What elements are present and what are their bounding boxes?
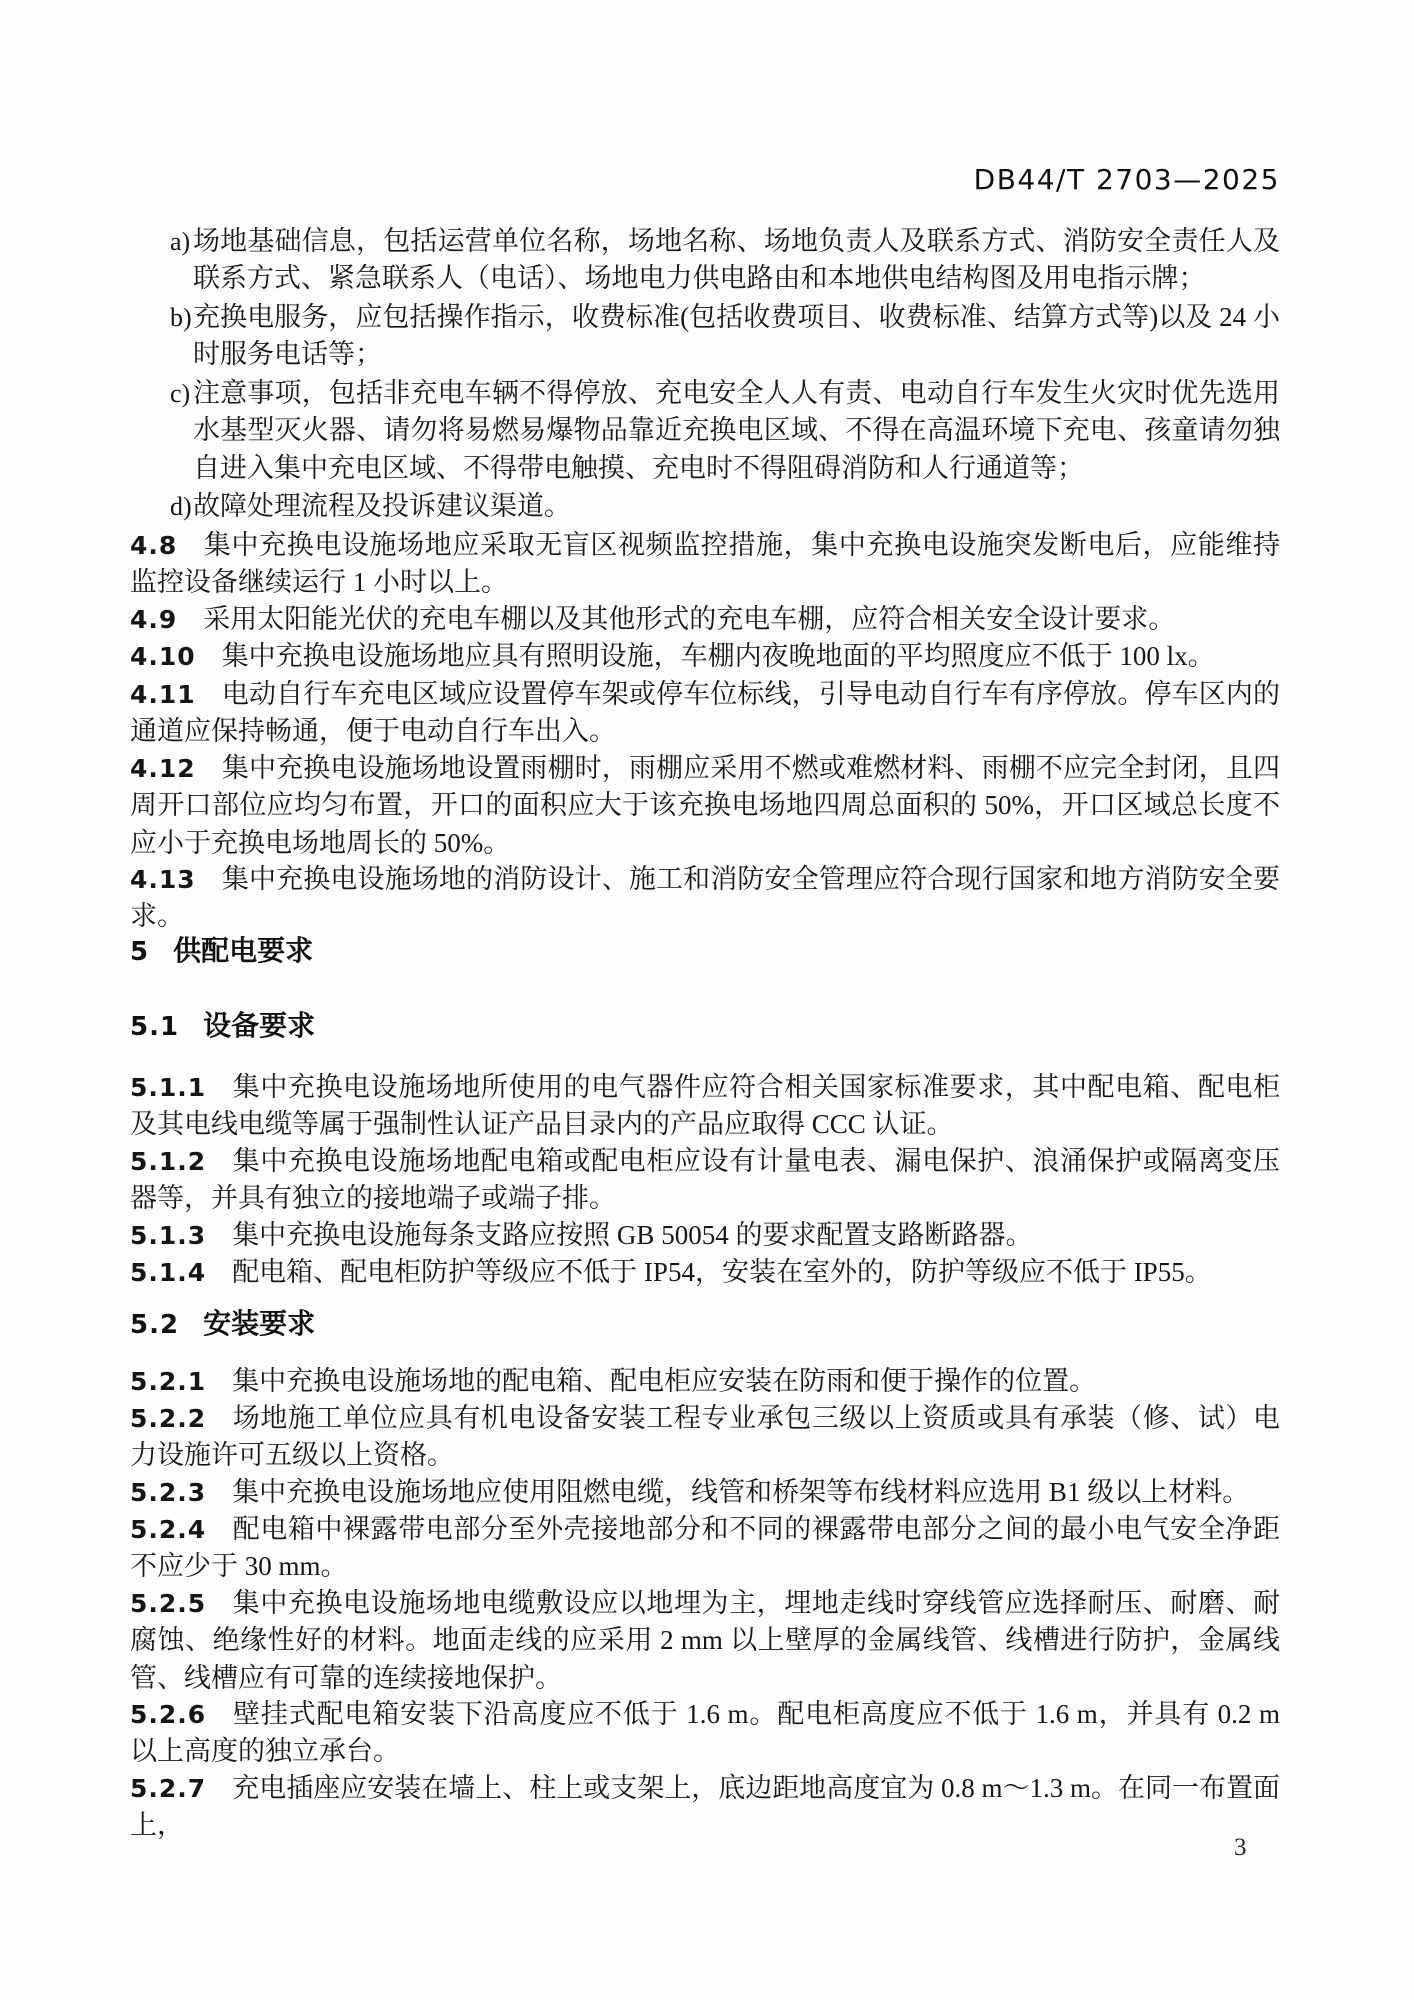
document-page: DB44/T 2703—2025 a) 场地基础信息，包括运营单位名称，场地名称… (0, 0, 1414, 2000)
clause-text: 集中充换电设施场地的配电箱、配电柜应安装在防雨和便于操作的位置。 (232, 1366, 1096, 1396)
clause-number: 5.2.2 (130, 1404, 206, 1433)
clause-5-2-3: 5.2.3集中充换电设施场地应使用阻燃电缆，线管和桥架等布线材料应选用 B1 级… (130, 1474, 1280, 1511)
clause-5-2-7: 5.2.7充电插座应安装在墙上、柱上或支架上，底边距地高度宜为 0.8 m～1.… (130, 1770, 1280, 1845)
list-label: c) (170, 375, 190, 412)
clause-number: 4.13 (130, 865, 196, 894)
clause-5-1-4: 5.1.4配电箱、配电柜防护等级应不低于 IP54，安装在室外的，防护等级应不低… (130, 1254, 1280, 1291)
list-text: 场地基础信息，包括运营单位名称，场地名称、场地负责人及联系方式、消防安全责任人及… (193, 226, 1280, 293)
list-label: a) (170, 223, 190, 260)
document-code-header: DB44/T 2703—2025 (974, 163, 1280, 196)
clause-text: 集中充换电设施场地的消防设计、施工和消防安全管理应符合现行国家和地方消防安全要求… (130, 864, 1280, 931)
clause-number: 4.10 (130, 642, 196, 671)
list-text: 注意事项，包括非充电车辆不得停放、充电安全人人有责、电动自行车发生火灾时优先选用… (193, 378, 1280, 483)
section-title: 安装要求 (203, 1307, 315, 1340)
clause-5-2-6: 5.2.6壁挂式配电箱安装下沿高度应不低于 1.6 m。配电柜高度应不低于 1.… (130, 1696, 1280, 1771)
clause-number: 4.11 (130, 680, 196, 709)
clause-number: 5.2.5 (130, 1589, 206, 1618)
clause-number: 4.9 (130, 605, 177, 634)
clause-number: 5.2.4 (130, 1515, 206, 1544)
clause-4-11: 4.11电动自行车充电区域应设置停车架或停车位标线，引导电动自行车有序停放。停车… (130, 676, 1280, 751)
clause-number: 4.8 (130, 531, 177, 560)
clause-text: 充电插座应安装在墙上、柱上或支架上，底边距地高度宜为 0.8 m～1.3 m。在… (130, 1773, 1280, 1840)
clause-text: 场地施工单位应具有机电设备安装工程专业承包三级以上资质或具有承装（修、试）电力设… (130, 1403, 1280, 1470)
clause-text: 集中充换电设施场地配电箱或配电柜应设有计量电表、漏电保护、浪涌保护或隔离变压器等… (130, 1146, 1280, 1213)
clause-number: 5.2.3 (130, 1478, 206, 1507)
clause-5-1-2: 5.1.2集中充换电设施场地配电箱或配电柜应设有计量电表、漏电保护、浪涌保护或隔… (130, 1143, 1280, 1218)
clause-text: 集中充换电设施场地电缆敷设应以地埋为主，埋地走线时穿线管应选择耐压、耐磨、耐腐蚀… (130, 1588, 1280, 1693)
clause-number: 5.1.4 (130, 1258, 206, 1287)
clause-number: 5.2.1 (130, 1367, 206, 1396)
clause-text: 配电箱、配电柜防护等级应不低于 IP54，安装在室外的，防护等级应不低于 IP5… (232, 1257, 1212, 1287)
clause-number: 5.2.7 (130, 1774, 206, 1803)
section-5-1-heading: 5.1设备要求 (130, 1007, 1280, 1046)
clause-text: 集中充换电设施场地所使用的电气器件应符合相关国家标准要求，其中配电箱、配电柜及其… (130, 1072, 1280, 1139)
clause-number: 5.2.6 (130, 1700, 206, 1729)
section-number: 5 (130, 937, 149, 967)
list-text: 充换电服务，应包括操作指示，收费标准(包括收费项目、收费标准、结算方式等)以及 … (193, 302, 1280, 369)
clause-5-2-2: 5.2.2场地施工单位应具有机电设备安装工程专业承包三级以上资质或具有承装（修、… (130, 1400, 1280, 1475)
clause-5-1-1: 5.1.1集中充换电设施场地所使用的电气器件应符合相关国家标准要求，其中配电箱、… (130, 1069, 1280, 1144)
clause-5-2-1: 5.2.1集中充换电设施场地的配电箱、配电柜应安装在防雨和便于操作的位置。 (130, 1363, 1280, 1400)
list-text: 故障处理流程及投诉建议渠道。 (193, 491, 571, 521)
section-5-heading: 5供配电要求 (130, 932, 1280, 971)
section-title: 供配电要求 (173, 934, 313, 967)
clause-4-10: 4.10集中充换电设施场地应具有照明设施，车棚内夜晚地面的平均照度应不低于 10… (130, 638, 1280, 675)
clause-4-9: 4.9采用太阳能光伏的充电车棚以及其他形式的充电车棚，应符合相关安全设计要求。 (130, 601, 1280, 638)
clause-text: 集中充换电设施场地应使用阻燃电缆，线管和桥架等布线材料应选用 B1 级以上材料。 (232, 1477, 1249, 1507)
clause-text: 集中充换电设施每条支路应按照 GB 50054 的要求配置支路断路器。 (232, 1220, 1032, 1250)
clause-4-8: 4.8集中充换电设施场地应采取无盲区视频监控措施，集中充换电设施突发断电后，应能… (130, 527, 1280, 602)
clause-4-12: 4.12集中充换电设施场地设置雨棚时，雨棚应采用不燃或难燃材料、雨棚不应完全封闭… (130, 750, 1280, 862)
clause-text: 集中充换电设施场地设置雨棚时，雨棚应采用不燃或难燃材料、雨棚不应完全封闭，且四周… (130, 753, 1280, 858)
section-5-2-heading: 5.2安装要求 (130, 1305, 1280, 1344)
section-number: 5.2 (130, 1310, 179, 1340)
list-item-b: b) 充换电服务，应包括操作指示，收费标准(包括收费项目、收费标准、结算方式等)… (130, 299, 1280, 374)
list-item-c: c) 注意事项，包括非充电车辆不得停放、充电安全人人有责、电动自行车发生火灾时优… (130, 375, 1280, 487)
clause-text: 电动自行车充电区域应设置停车架或停车位标线，引导电动自行车有序停放。停车区内的通… (130, 679, 1280, 746)
clause-5-1-3: 5.1.3集中充换电设施每条支路应按照 GB 50054 的要求配置支路断路器。 (130, 1217, 1280, 1254)
list-item-d: d) 故障处理流程及投诉建议渠道。 (130, 488, 1280, 525)
clause-text: 配电箱中裸露带电部分至外壳接地部分和不同的裸露带电部分之间的最小电气安全净距不应… (130, 1514, 1280, 1581)
list-label: d) (170, 488, 192, 525)
clause-text: 集中充换电设施场地应采取无盲区视频监控措施，集中充换电设施突发断电后，应能维持监… (130, 530, 1280, 597)
clause-number: 5.1.3 (130, 1221, 206, 1250)
clause-number: 5.1.2 (130, 1147, 206, 1176)
section-title: 设备要求 (203, 1009, 315, 1042)
list-label: b) (170, 299, 192, 336)
clause-4-13: 4.13集中充换电设施场地的消防设计、施工和消防安全管理应符合现行国家和地方消防… (130, 861, 1280, 936)
clause-number: 4.12 (130, 754, 196, 783)
clause-5-2-5: 5.2.5集中充换电设施场地电缆敷设应以地埋为主，埋地走线时穿线管应选择耐压、耐… (130, 1585, 1280, 1697)
clause-text: 集中充换电设施场地应具有照明设施，车棚内夜晚地面的平均照度应不低于 100 lx… (222, 641, 1215, 671)
section-number: 5.1 (130, 1012, 179, 1042)
clause-text: 采用太阳能光伏的充电车棚以及其他形式的充电车棚，应符合相关安全设计要求。 (203, 604, 1175, 634)
page-number: 3 (1234, 1834, 1247, 1862)
clause-5-2-4: 5.2.4配电箱中裸露带电部分至外壳接地部分和不同的裸露带电部分之间的最小电气安… (130, 1511, 1280, 1586)
clause-text: 壁挂式配电箱安装下沿高度应不低于 1.6 m。配电柜高度应不低于 1.6 m，并… (130, 1699, 1280, 1766)
list-item-a: a) 场地基础信息，包括运营单位名称，场地名称、场地负责人及联系方式、消防安全责… (130, 223, 1280, 298)
clause-number: 5.1.1 (130, 1073, 206, 1102)
